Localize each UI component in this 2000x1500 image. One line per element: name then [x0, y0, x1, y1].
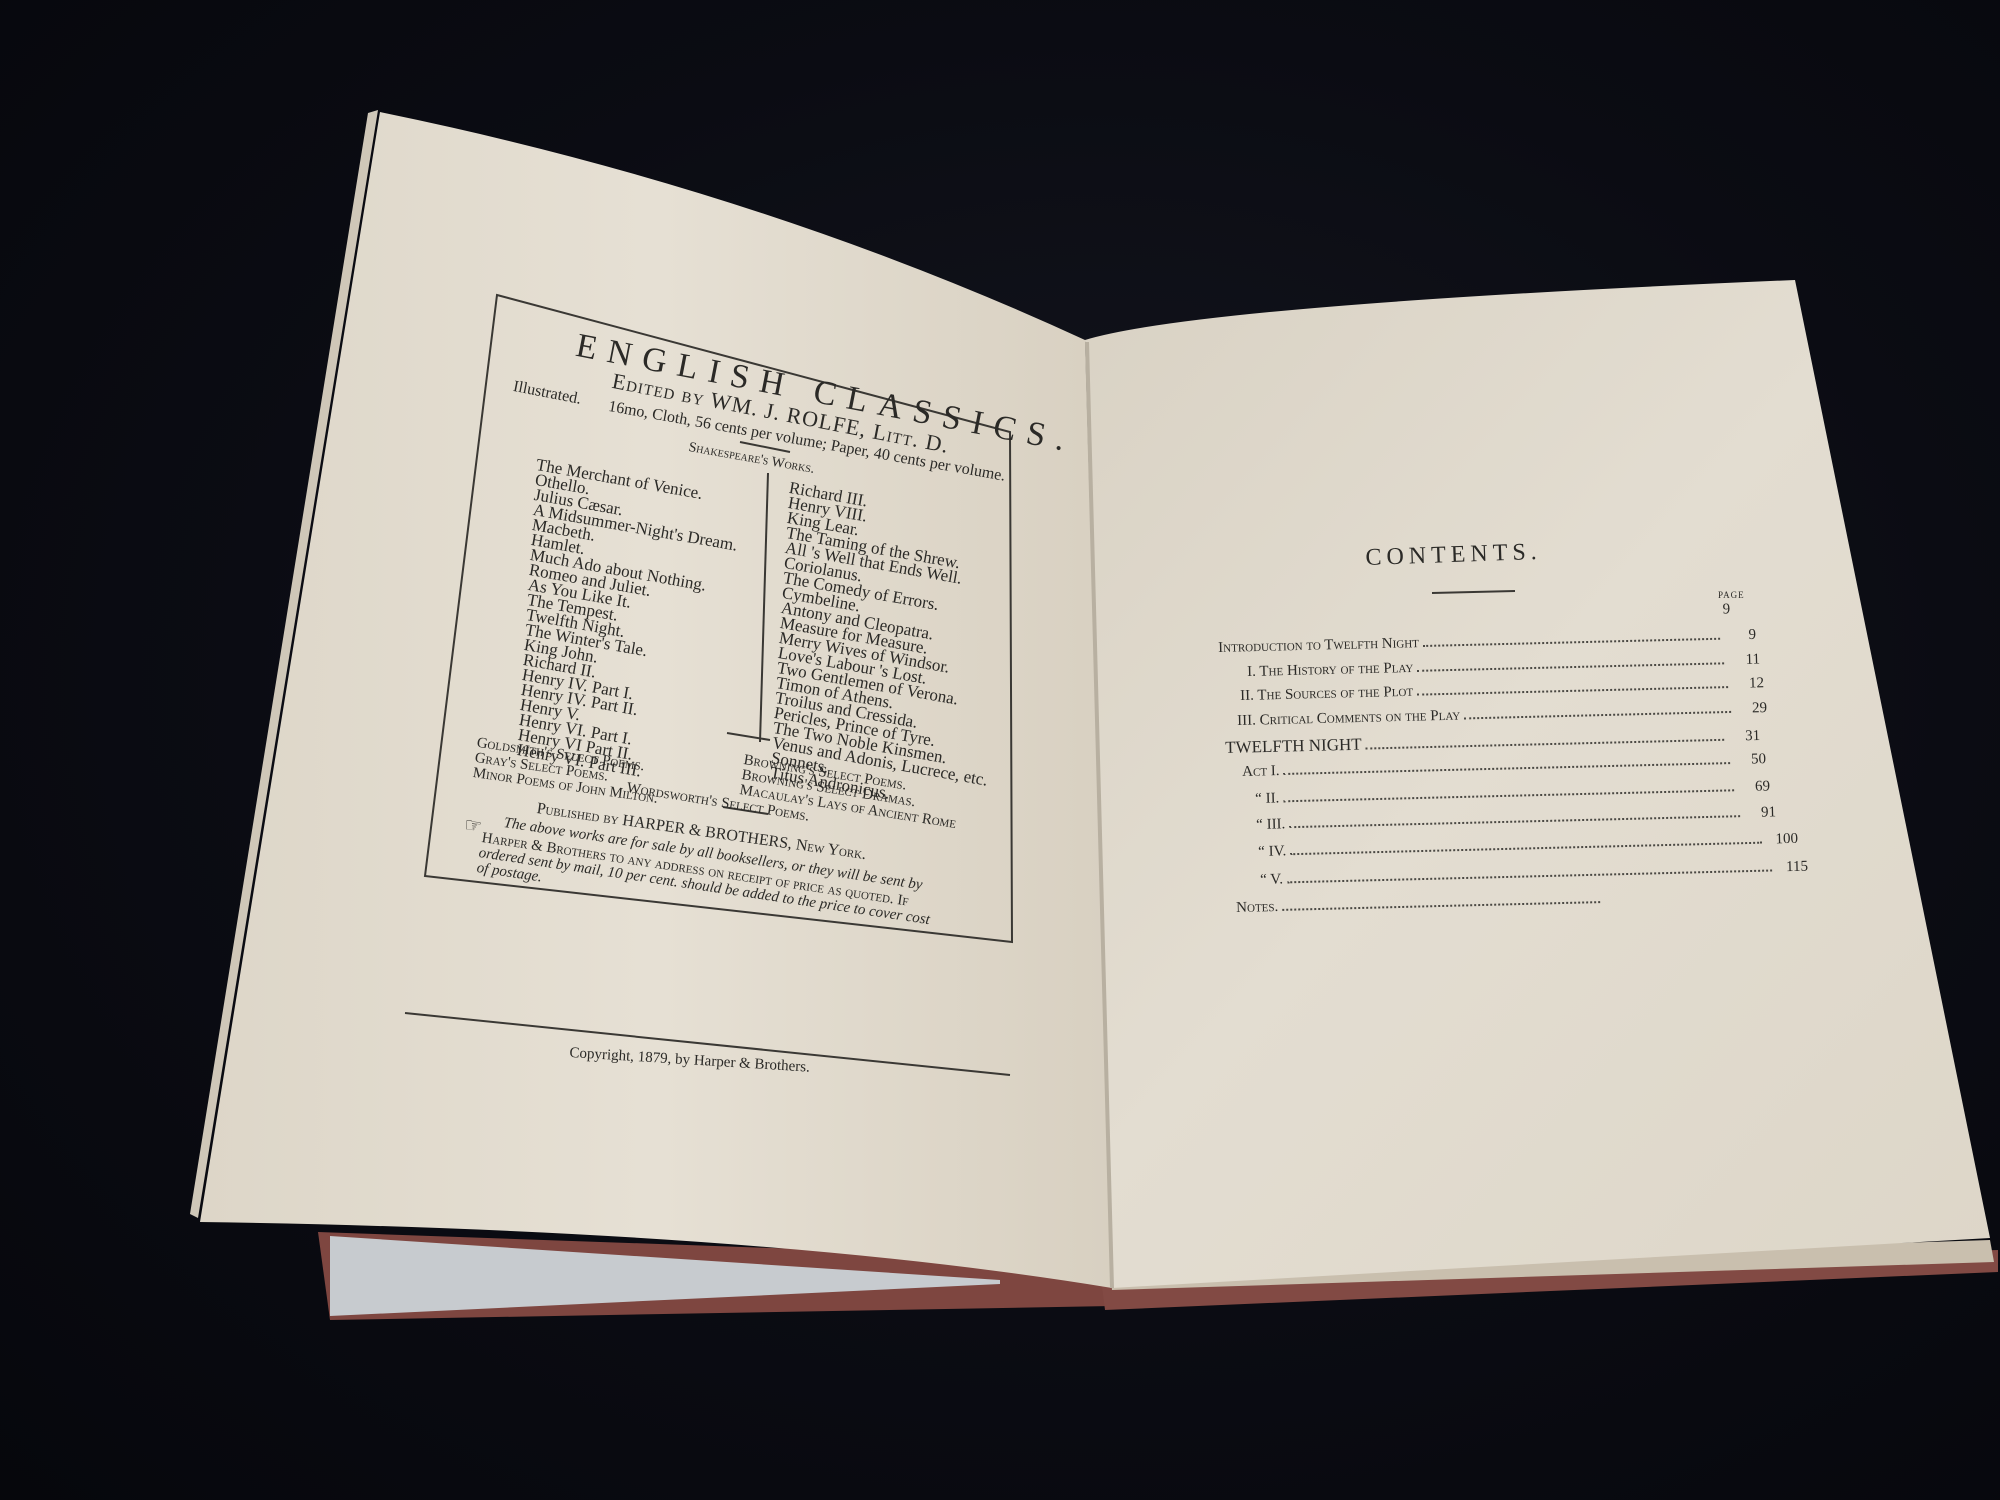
toc-page: 69 [1740, 778, 1770, 796]
leader-dots [1417, 662, 1724, 671]
toc-label: “ II. [1255, 790, 1280, 808]
toc-page [1606, 902, 1636, 903]
toc-page: 11 [1730, 651, 1760, 669]
leader-dots [1423, 638, 1720, 647]
toc-page: 12 [1734, 675, 1764, 693]
toc-page: 91 [1746, 804, 1776, 822]
toc-label: Act I. [1242, 763, 1280, 781]
toc-label: Notes. [1236, 899, 1278, 917]
toc-page: 29 [1737, 700, 1767, 718]
toc-page: 50 [1736, 751, 1766, 769]
toc-page: 100 [1768, 831, 1798, 849]
toc-label: “ IV. [1258, 843, 1286, 861]
toc-label: “ III. [1256, 816, 1286, 834]
leader-dots [1464, 711, 1731, 720]
toc-page: 9 [1700, 601, 1730, 619]
toc-page: 31 [1730, 728, 1760, 746]
left-page [200, 112, 1112, 1288]
pointing-hand-icon: ☞ [463, 812, 484, 839]
toc-row: 9 [1700, 601, 1750, 619]
toc-label: TWELFTH NIGHT [1225, 735, 1362, 758]
toc-page: 9 [1726, 627, 1756, 645]
toc-label: “ V. [1260, 871, 1283, 889]
page-column-header: PAGE [1718, 590, 1745, 600]
toc-page: 115 [1778, 859, 1808, 877]
book-illustration [0, 0, 2000, 1500]
